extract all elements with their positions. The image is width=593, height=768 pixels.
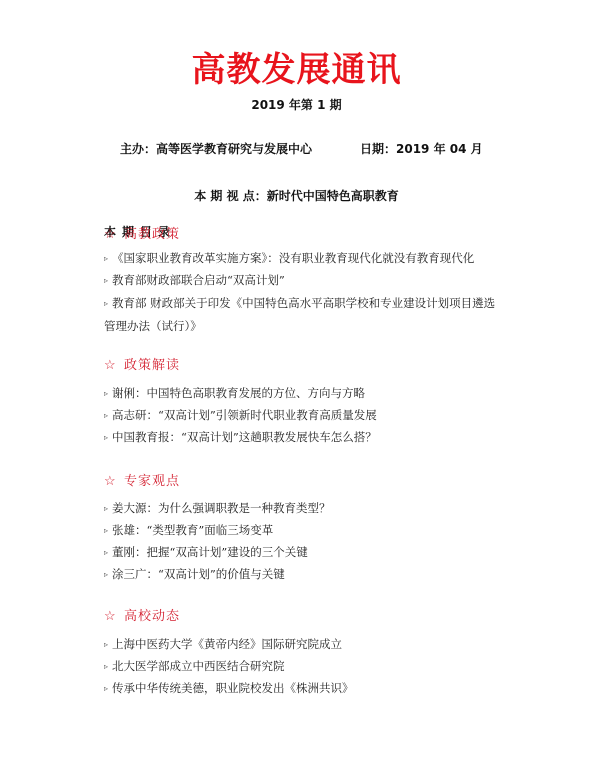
toc-item-text: 高志研：“双高计划”引领新时代职业教育高质量发展	[112, 408, 377, 422]
star-icon: ☆	[104, 357, 120, 375]
toc-item[interactable]: ▹传承中华传统美德，职业院校发出《株洲共识》	[104, 680, 354, 697]
triangle-bullet-icon: ▹	[104, 501, 112, 517]
section-label: 政策解读	[124, 358, 180, 373]
toc-item-text: 张雄：“类型教育”面临三场变革	[112, 523, 273, 537]
toc-item[interactable]: ▹教育部 财政部关于印发《中国特色高水平高职学校和专业建设计划项目遴选	[104, 295, 495, 312]
triangle-bullet-icon: ▹	[104, 273, 112, 289]
toc-item-text: 涂三广：“双高计划”的价值与关键	[112, 567, 285, 581]
issue-focus: 本 期 视 点：新时代中国特色高职教育	[0, 187, 593, 205]
toc-item-text: 中国教育报：“双高计划”这趟职教发展快车怎么搭？	[112, 430, 377, 444]
toc-item-text: 教育部 财政部关于印发《中国特色高水平高职学校和专业建设计划项目遴选	[112, 296, 495, 310]
toc-item[interactable]: ▹教育部财政部联合启动“双高计划”	[104, 272, 285, 289]
triangle-bullet-icon: ▹	[104, 637, 112, 653]
toc-item[interactable]: ▹《国家职业教育改革实施方案》：没有职业教育现代化就没有教育现代化	[104, 250, 474, 267]
publish-date: 日期：2019 年 04 月	[360, 140, 483, 158]
triangle-bullet-icon: ▹	[104, 296, 112, 312]
triangle-bullet-icon: ▹	[104, 545, 112, 561]
toc-item[interactable]: ▹中国教育报：“双高计划”这趟职教发展快车怎么搭？	[104, 429, 377, 446]
star-icon: ☆	[104, 473, 120, 491]
toc-item-text: 谢俐：中国特色高职教育发展的方位、方向与方略	[112, 386, 365, 400]
section-heading-university-news: ☆高校动态	[104, 608, 180, 626]
toc-item-text: 上海中医药大学《黄帝内经》国际研究院成立	[112, 637, 342, 651]
toc-item[interactable]: ▹上海中医药大学《黄帝内经》国际研究院成立	[104, 636, 342, 653]
toc-item-text: 北大医学部成立中西医结合研究院	[112, 659, 285, 673]
triangle-bullet-icon: ▹	[104, 408, 112, 424]
toc-item[interactable]: ▹北大医学部成立中西医结合研究院	[104, 658, 285, 675]
triangle-bullet-icon: ▹	[104, 386, 112, 402]
toc-item-continuation[interactable]: 管理办法（试行）》	[104, 318, 202, 334]
toc-item[interactable]: ▹谢俐：中国特色高职教育发展的方位、方向与方略	[104, 385, 365, 402]
section-label: 高校动态	[124, 609, 180, 624]
toc-item-text: 传承中华传统美德，职业院校发出《株洲共识》	[112, 681, 354, 695]
toc-item[interactable]: ▹高志研：“双高计划”引领新时代职业教育高质量发展	[104, 407, 377, 424]
section-heading-expert-views: ☆专家观点	[104, 473, 180, 491]
toc-item[interactable]: ▹董刚：把握“双高计划”建设的三个关键	[104, 544, 308, 561]
section-label: 专家观点	[124, 474, 180, 489]
toc-item-text: 管理办法（试行）》	[104, 319, 202, 333]
triangle-bullet-icon: ▹	[104, 681, 112, 697]
star-icon: ☆	[104, 226, 120, 244]
issue-number: 2019 年第 1 期	[0, 96, 593, 114]
section-heading-interpretation: ☆政策解读	[104, 357, 180, 375]
toc-item[interactable]: ▹张雄：“类型教育”面临三场变革	[104, 522, 273, 539]
section-label: 高教政策	[124, 227, 180, 242]
triangle-bullet-icon: ▹	[104, 659, 112, 675]
toc-item-text: 姜大源：为什么强调职教是一种教育类型？	[112, 501, 331, 515]
toc-item-text: 董刚：把握“双高计划”建设的三个关键	[112, 545, 308, 559]
section-heading-policy: ☆高教政策	[104, 226, 180, 244]
toc-item[interactable]: ▹姜大源：为什么强调职教是一种教育类型？	[104, 500, 331, 517]
host-organization: 主办：高等医学教育研究与发展中心	[120, 140, 312, 158]
toc-item-text: 教育部财政部联合启动“双高计划”	[112, 273, 285, 287]
triangle-bullet-icon: ▹	[104, 430, 112, 446]
triangle-bullet-icon: ▹	[104, 251, 112, 267]
triangle-bullet-icon: ▹	[104, 567, 112, 583]
newsletter-title: 高教发展通讯	[0, 48, 593, 92]
toc-item-text: 《国家职业教育改革实施方案》：没有职业教育现代化就没有教育现代化	[112, 251, 474, 265]
toc-item[interactable]: ▹涂三广：“双高计划”的价值与关键	[104, 566, 285, 583]
star-icon: ☆	[104, 608, 120, 626]
triangle-bullet-icon: ▹	[104, 523, 112, 539]
